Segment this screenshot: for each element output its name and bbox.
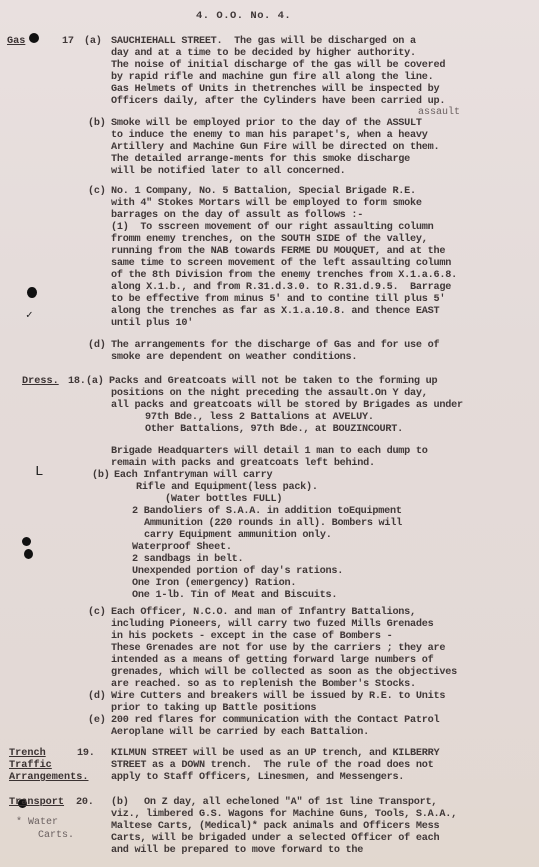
side-note: Carts. [38,830,74,841]
text-line: On Z day, all echeloned "A" of 1st line … [144,797,437,809]
section-number: 20. [76,797,94,809]
text-line: with 4" Stokes Mortars will be employed … [111,198,422,210]
text-line: including Pioneers, will carry two fuzed… [111,619,434,631]
text-line: Gas Helmets of Units in thetrenches will… [111,84,439,96]
section-label-traffic: Traffic [9,760,52,772]
text-line: The arrangements for the discharge of Ga… [111,340,439,352]
text-line: STREET as a DOWN trench. The rule of the… [111,760,434,772]
text-line: to induce the enemy to man his parapet's… [111,130,428,142]
punch-hole [22,537,31,546]
paragraph-marker: (b) [92,470,110,482]
text-line: all packs and greatcoats will be stored … [111,400,463,412]
text-line: These Grenades are not for use by the ca… [111,643,445,655]
text-line: will be notified later to all concerned. [111,166,346,178]
text-line: Maltese Carts, (Medical)* pack animals a… [111,821,439,833]
text-line: in his pockets - except in the case of B… [111,631,392,643]
text-line: apply to Staff Officers, Linesmen, and M… [111,772,404,784]
text-line: SAUCHIEHALL STREET. The gas will be disc… [111,36,416,48]
text-line: by rapid rifle and machine gun fire all … [111,72,434,84]
text-line: smoke are dependent on weather condition… [111,352,357,364]
text-line: Officers daily, after the Cylinders have… [111,96,445,108]
text-line: grenades, which will be collected as soo… [111,667,457,679]
section-label-transport: Transport [9,797,64,809]
punch-hole [24,549,33,559]
text-line: remain with packs and greatcoats left be… [111,458,375,470]
text-line: Each Officer, N.C.O. and man of Infantry… [111,607,416,619]
page-title: 4. O.O. No. 4. [196,10,291,22]
text-line: prior to taking up Battle positions [111,703,316,715]
section-label-dress: Dress. [22,376,59,388]
text-line: are reached. so as to replenish the Bomb… [111,679,416,691]
text-line: Each Infantryman will carry [114,470,272,482]
text-line: intended as a means of getting forward l… [111,655,434,667]
text-line: Waterproof Sheet. [132,542,232,554]
text-line: One 1-lb. Tin of Meat and Biscuits. [132,590,337,602]
document-page: 4. O.O. No. 4. ✓ L Gas 17 (a) SAUCHIEHAL… [0,0,539,867]
text-line: to be effective from minus 5' and to con… [111,294,445,306]
paragraph-marker: (d) [88,691,106,703]
section-number: 19. [77,748,95,760]
text-line: barrages on the day of assult as follows… [111,210,363,222]
text-line: 97th Bde., less 2 Battalions at AVELUY. [145,412,374,424]
punch-hole [29,33,39,43]
text-line: and will be prepared to move forward to … [111,845,363,857]
bracket-mark-icon: L [35,464,43,480]
text-line: No. 1 Company, No. 5 Battalion, Special … [111,186,416,198]
text-line: Unexpended portion of day's rations. [132,566,343,578]
text-line: The detailed arrange-ments for this smok… [111,154,410,166]
text-line: along the trenches as far as X.1.a.10.8.… [111,306,439,318]
paragraph-marker: (d) [88,340,106,352]
text-line: of the 8th Division from the enemy trenc… [111,270,457,282]
section-label-trench: Trench [9,748,46,760]
text-line: viz., limbered G.S. Wagons for Machine G… [111,809,457,821]
text-line: 200 red flares for communication with th… [111,715,439,727]
text-line: carry Equipment ammunition only. [144,530,332,542]
text-line: positions on the night preceding the ass… [111,388,428,400]
section-number: 18. [68,376,86,388]
text-line: KILMUN STREET will be used as an UP tren… [111,748,439,760]
text-line: Smoke will be employed prior to the day … [111,118,422,130]
text-line: Packs and Greatcoats will not be taken t… [109,376,437,388]
text-line: 2 Bandoliers of S.A.A. in addition toEqu… [132,506,402,518]
side-note: * Water [16,817,58,828]
text-line: 2 sandbags in belt. [132,554,243,566]
text-line: running from the NAB towards FERME DU MO… [111,246,445,258]
text-line: The noise of initial discharge of the ga… [111,60,445,72]
text-line: same time to screen movement of the left… [111,258,451,270]
text-line: Aeroplane will be carried by each Battal… [111,727,369,739]
paragraph-marker: (b) [111,797,129,809]
text-line: fromm enemy trenches, on the SOUTH SIDE … [111,234,428,246]
paragraph-marker: (a) [84,36,102,48]
text-line: Artillery and Machine Gun Fire will be d… [111,142,439,154]
text-line: (Water bottles FULL) [165,494,282,506]
section-label-gas: Gas [7,36,25,48]
handwritten-annotation: assault [418,107,460,118]
section-number: 17 [62,36,74,48]
punch-hole [27,287,37,298]
text-line: Brigade Headquarters will detail 1 man t… [111,446,428,458]
text-line: Other Battalions, 97th Bde., at BOUZINCO… [145,424,403,436]
text-line: Wire Cutters and breakers will be issued… [111,691,445,703]
text-line: day and at a time to be decided by highe… [111,48,416,60]
section-label-arrangements: Arrangements. [9,772,88,784]
text-line: until plus 10' [111,318,193,330]
paragraph-marker: (e) [88,715,106,727]
text-line: Rifle and Equipment(less pack). [136,482,318,494]
text-line: One Iron (emergency) Ration. [132,578,296,590]
paragraph-marker: (c) [88,607,106,619]
paragraph-marker: (b) [88,118,106,130]
paragraph-marker: (c) [88,186,106,198]
tick-mark-icon: ✓ [26,308,33,322]
paragraph-marker: (a) [86,376,104,388]
text-line: Carts, will be brigaded under a selected… [111,833,439,845]
text-line: Ammunition (220 rounds in all). Bombers … [144,518,402,530]
text-line: (1) To sscreen movement of our right ass… [111,222,434,234]
text-line: along X.1.b., and from R.31.d.3.0. to R.… [111,282,451,294]
